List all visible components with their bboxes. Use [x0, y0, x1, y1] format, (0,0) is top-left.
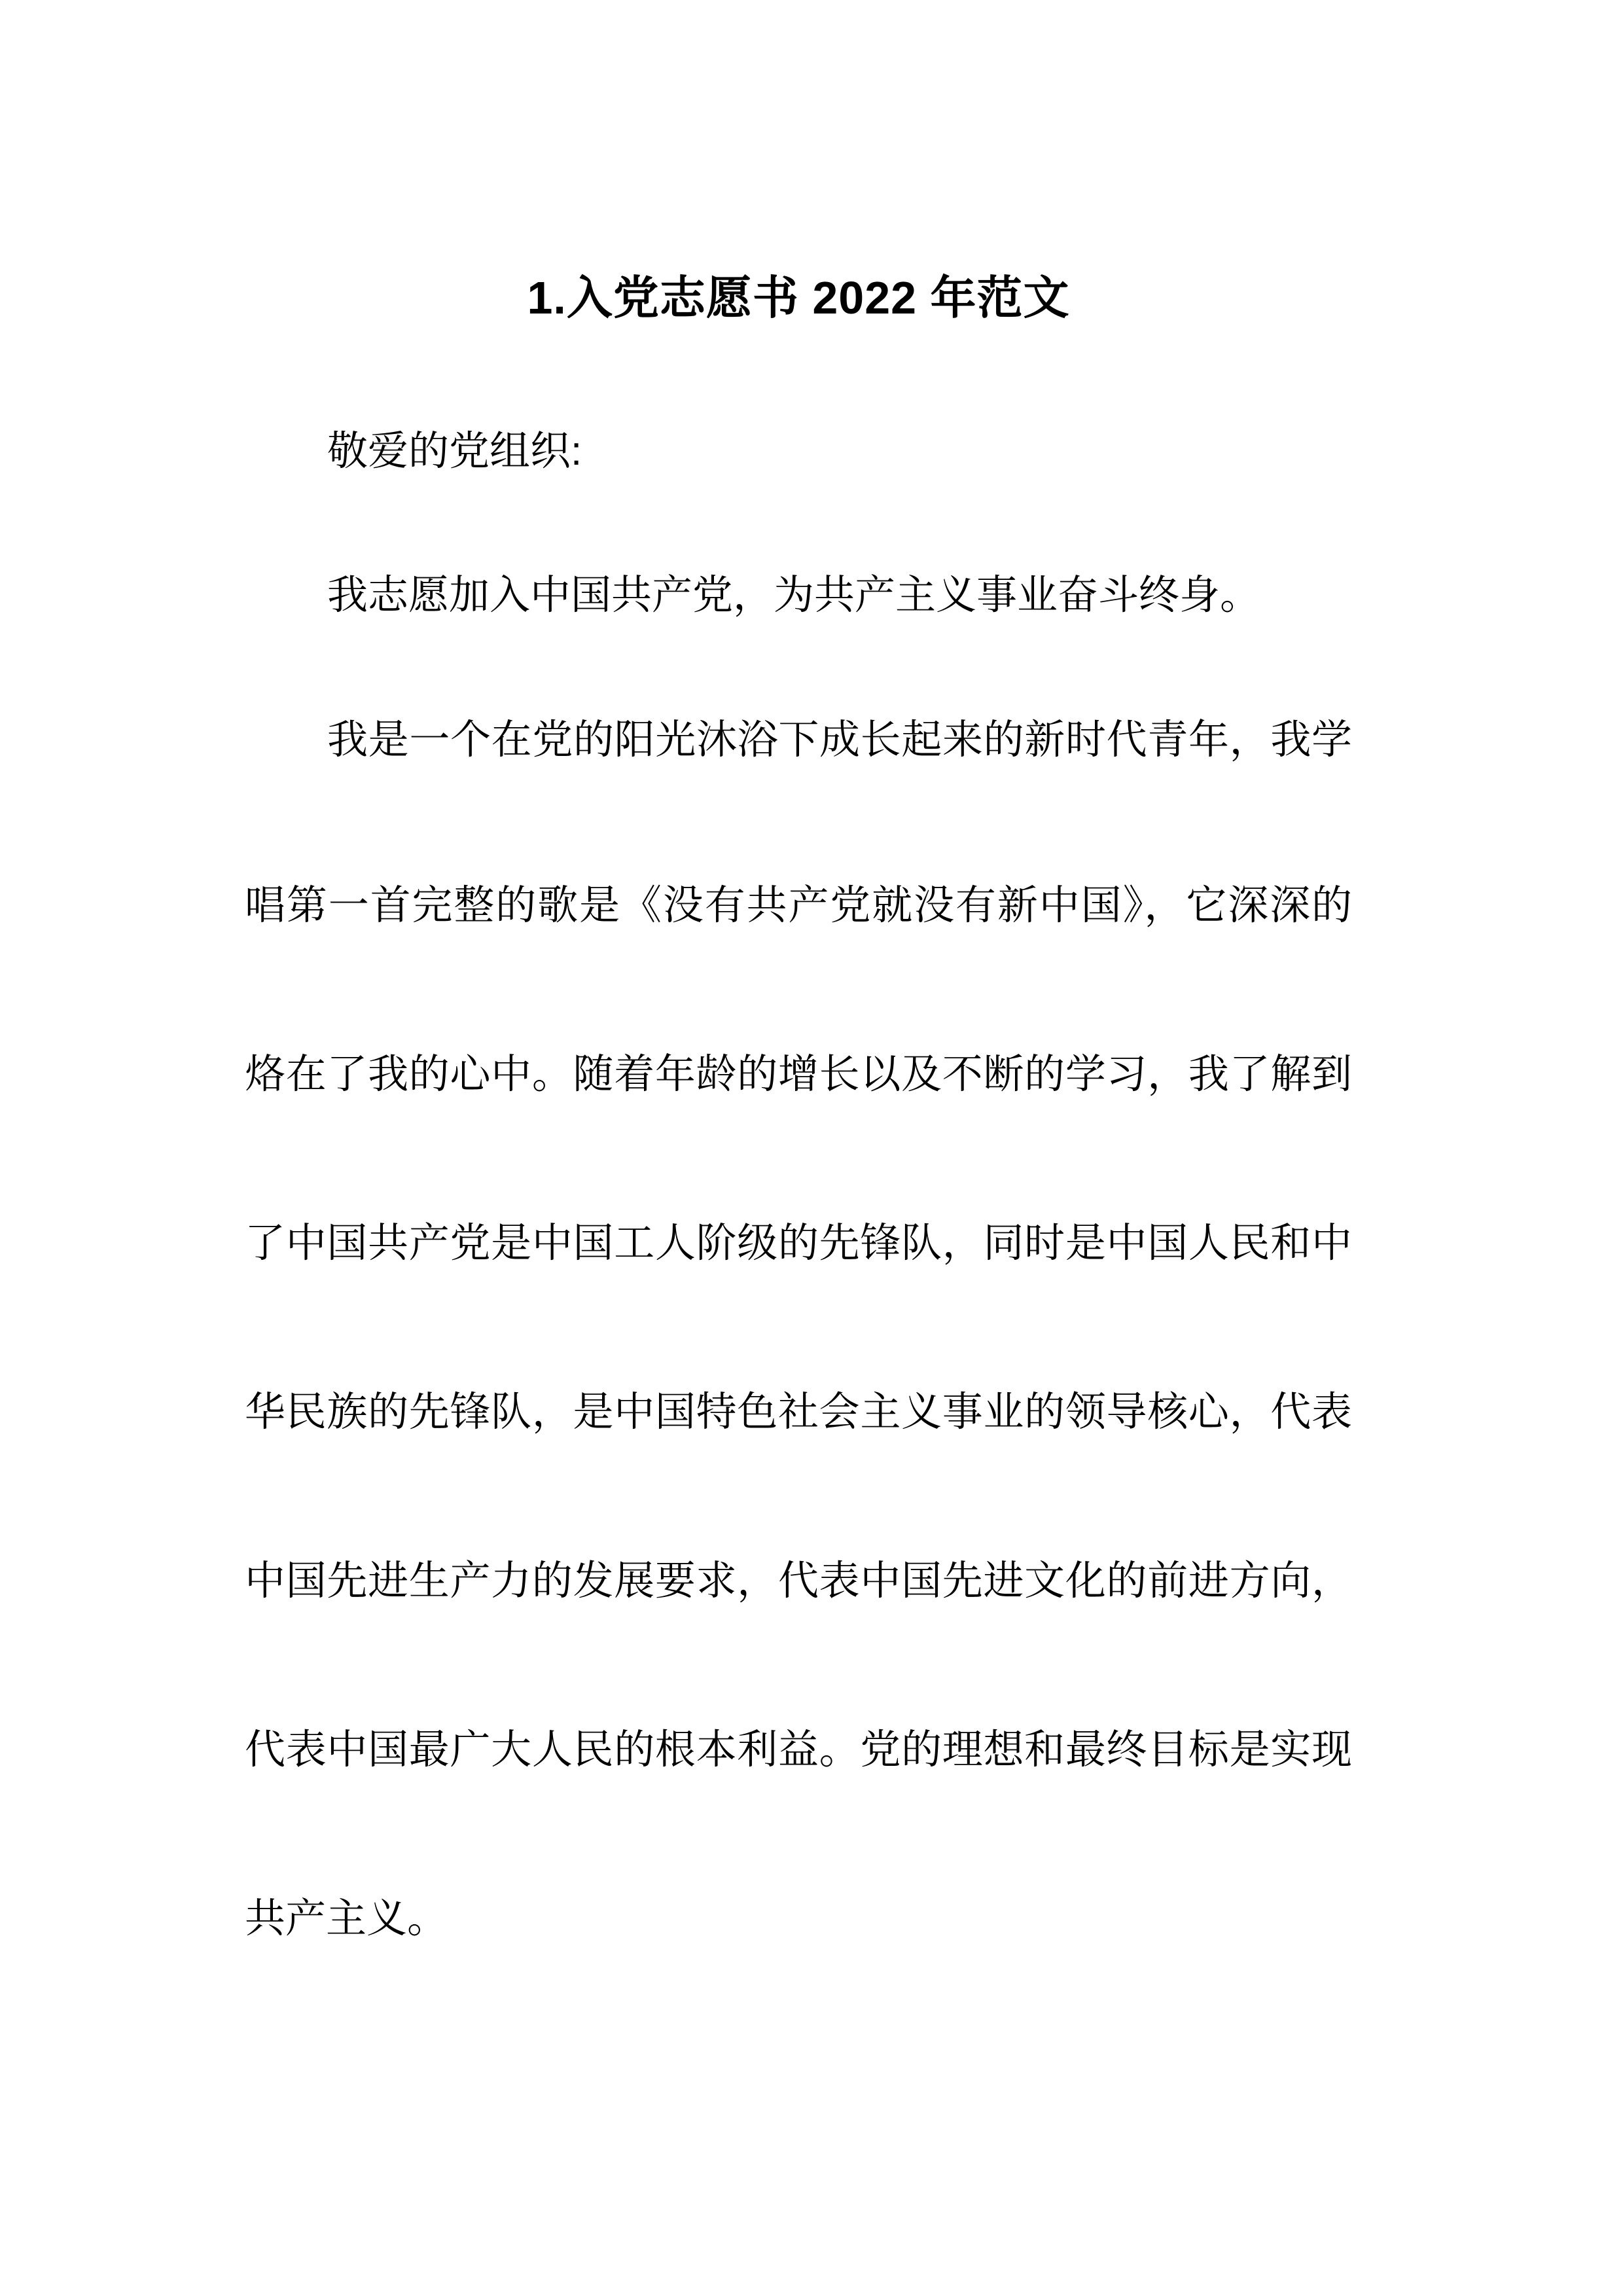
paragraph-line: 代表中国最广大人民的根本利益。党的理想和最终目标是实现 [245, 1729, 1352, 1771]
paragraph-line: 我是一个在党的阳光沐浴下成长起来的新时代青年，我学 [245, 719, 1352, 761]
document-title: 1.入党志愿书 2022 年范文 [245, 274, 1352, 321]
paragraph-line: 烙在了我的心中。随着年龄的增长以及不断的学习，我了解到 [245, 1054, 1352, 1096]
paragraph-line: 华民族的先锋队，是中国特色社会主义事业的领导核心，代表 [245, 1391, 1352, 1433]
paragraph-line: 了中国共产党是中国工人阶级的先锋队，同时是中国人民和中 [245, 1223, 1352, 1265]
paragraph-last-line: 共产主义。 [245, 1898, 1352, 1940]
paragraph-line: 中国先进生产力的发展要求，代表中国先进文化的前进方向， [245, 1560, 1352, 1602]
document-page: 1.入党志愿书 2022 年范文 敬爱的党组织: 我志愿加入中国共产党，为共产主… [0, 0, 1623, 2296]
paragraph-line: 我志愿加入中国共产党，为共产主义事业奋斗终身。 [245, 575, 1352, 617]
salutation-line: 敬爱的党组织: [245, 431, 1352, 473]
paragraph-line: 唱第一首完整的歌是《没有共产党就没有新中国》，它深深的 [245, 885, 1352, 927]
